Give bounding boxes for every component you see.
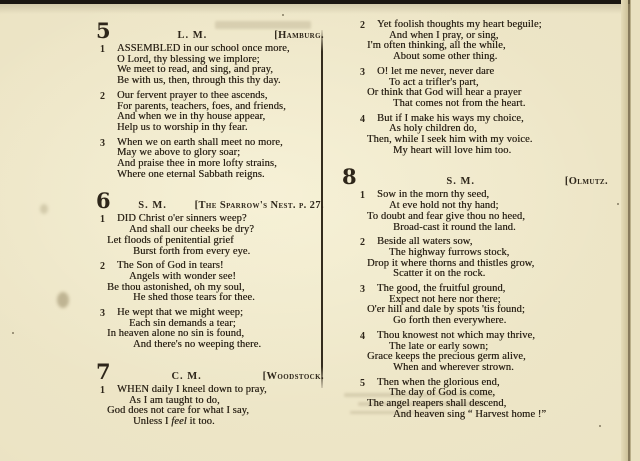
verse-number: 1 [100,214,105,225]
page-edge-band [621,0,628,461]
tune-label: [Olmutz. [565,176,608,187]
verse: 4 Thou knowest not which may thrive, The… [356,331,608,374]
hymnal-page: 5 L. M. [Hamburg. 1 ASSEMBLED in our sch… [0,0,640,461]
tune-label: [Hamburg. [274,30,324,41]
verse-line: About some other thing. [393,52,608,63]
hymn-header: 5 L. M. [Hamburg. [96,22,324,41]
verse-line: And there's no weeping there. [133,340,324,351]
verse-number: 3 [360,284,365,295]
verse-line: To doubt and fear give thou no heed, [367,212,608,223]
verse-number: 1 [360,190,365,201]
verse-line: Our fervent prayer to thee ascends, [117,91,324,102]
verse-number: 2 [360,237,365,248]
verse: 2 Our fervent prayer to thee ascends, Fo… [96,91,324,134]
meter-label: L. M. [111,30,275,41]
paper-speck [282,14,284,16]
verse-line: Thou knowest not which may thrive, [377,331,608,342]
verse-line: Broad-cast it round the land. [393,223,608,234]
verse-line: Be with us, then, through this thy day. [117,76,324,87]
verse-number: 4 [360,331,365,342]
hymn-number: 6 [96,192,111,210]
hymn-8: 8 S. M. [Olmutz. 1 Sow in the morn thy s… [356,168,608,420]
hymn-7: 7 C. M. [Woodstock. 1 WHEN daily I kneel… [96,363,324,428]
meter-label: S. M. [357,176,565,187]
verse-line: Burst forth from every eye. [133,247,324,258]
right-column: 2 Yet foolish thoughts my heart beguile;… [356,20,608,433]
verse-line: And heaven sing “ Harvest home !” [393,410,608,421]
verse-line: That comes not from the heart. [393,99,608,110]
verse-number: 1 [100,385,105,396]
verse-number: 4 [360,114,365,125]
paper-stain [57,292,69,308]
verse: 1 ASSEMBLED in our school once more, O L… [96,44,324,87]
verse: 3 When we on earth shall meet no more, M… [96,138,324,181]
verse: 3 O! let me never, never dare To act a t… [356,67,608,110]
top-shadow [0,4,640,14]
verse-number: 5 [360,378,365,389]
verse-line: My heart will love him too. [393,146,608,157]
hymn-header: 6 S. M. [The Sparrow's Nest. p. 27. [96,192,324,211]
verse-number: 3 [100,308,105,319]
verse-number: 2 [360,20,365,31]
verse-line: Unless I feel it too. [133,417,324,428]
verse-line-fragment: Unless I [133,416,171,427]
paper-speck [12,332,14,334]
hymn-number: 7 [96,363,111,381]
verse-line-fragment: it too. [187,416,215,427]
verse: 1 DID Christ o'er sinners weep? And shal… [96,214,324,257]
tune-label: [The Sparrow's Nest. p. 27. [195,200,324,211]
verse-line: When and wherever strown. [393,363,608,374]
verse: 2 The Son of God in tears! Angels with w… [96,261,324,304]
verse-line: WHEN daily I kneel down to pray, [117,385,324,396]
hymn-number: 5 [96,22,111,40]
paper-speck [617,203,619,205]
next-page-edge [630,0,640,461]
verse: 2 Yet foolish thoughts my heart beguile;… [356,20,608,63]
verse-number: 1 [100,44,105,55]
verse: 2 Beside all waters sow, The highway fur… [356,237,608,280]
verse-number: 3 [100,138,105,149]
verse-number: 2 [100,91,105,102]
hymn-header: 7 C. M. [Woodstock. [96,363,324,382]
verse-line: Help us to worship in thy fear. [117,123,324,134]
verse: 4 But if I make his ways my choice, As h… [356,114,608,157]
verse: 1 WHEN daily I kneel down to pray, As I … [96,385,324,428]
verse-line: He shed those tears for thee. [133,293,324,304]
verse: 5 Then when the glorious end, The day of… [356,378,608,421]
verse-number: 2 [100,261,105,272]
meter-label: C. M. [111,371,263,382]
verse-line: Where one eternal Sabbath reigns. [117,170,324,181]
verse-line: Let floods of penitential grief [107,236,324,247]
verse-line: Go forth then everywhere. [393,316,608,327]
hymn-number: 8 [342,168,357,186]
verse-line: Scatter it on the rock. [393,269,608,280]
hymn-6: 6 S. M. [The Sparrow's Nest. p. 27. 1 DI… [96,192,324,350]
hymn-7-continuation: 2 Yet foolish thoughts my heart beguile;… [356,20,608,156]
verse: 3 He wept that we might weep; Each sin d… [96,308,324,351]
left-column: 5 L. M. [Hamburg. 1 ASSEMBLED in our sch… [96,22,324,440]
hymn-header: 8 S. M. [Olmutz. [356,168,608,187]
verse: 1 Sow in the morn thy seed, At eve hold … [356,190,608,233]
hymn-5: 5 L. M. [Hamburg. 1 ASSEMBLED in our sch… [96,22,324,180]
emphasized-word: feel [171,416,187,427]
verse: 3 The good, the fruitful ground, Expect … [356,284,608,327]
tune-label: [Woodstock. [263,371,324,382]
meter-label: S. M. [111,200,195,211]
paper-stain [40,204,48,214]
verse-number: 3 [360,67,365,78]
verse-line: O! let me never, never dare [377,67,608,78]
